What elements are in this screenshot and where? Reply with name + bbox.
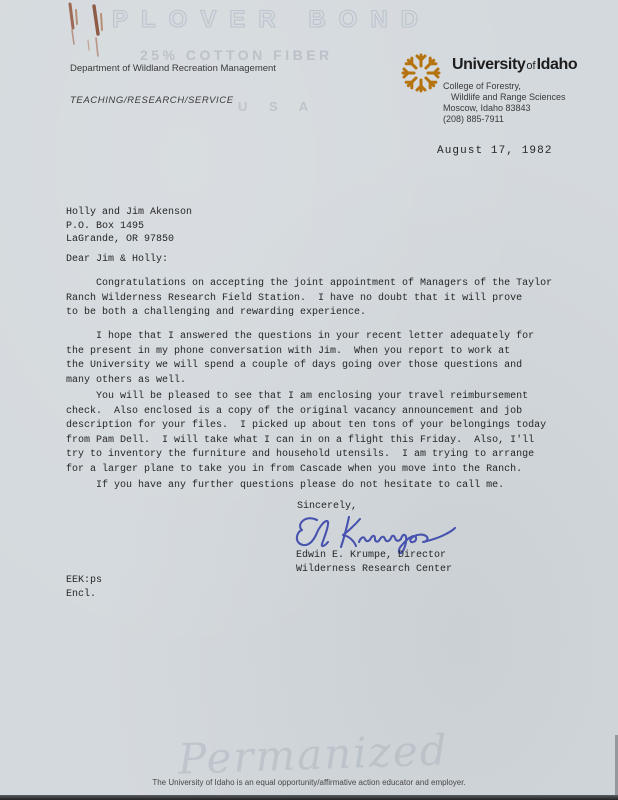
salutation: Dear Jim & Holly: [66,254,168,265]
enclosure-notation: Encl. [66,588,102,602]
paragraph-3: You will be pleased to see that I am enc… [66,390,546,478]
university-word-idaho: Idaho [537,56,578,73]
college-line3: Moscow, Idaho 83843 [443,103,566,114]
typist-initials: EEK:ps [66,574,102,588]
signer-name-title: Edwin E. Krumpe, Director [296,549,452,563]
footer-eeo-statement: The University of Idaho is an equal oppo… [0,778,618,787]
university-logo-icon [396,49,446,97]
phone-number: (208) 885-7911 [443,114,504,124]
letter-page: PLOVER BOND 25% COTTON FIBER U S A Perma… [0,0,618,800]
college-line2: Wildlife and Range Sciences [443,92,566,103]
staple-rust-marks [60,0,120,70]
watermark-plover-bond: PLOVER BOND [112,6,431,34]
recipient-address: Holly and Jim Akenson P.O. Box 1495 LaGr… [66,206,192,247]
watermark-cotton-fiber: 25% COTTON FIBER [140,47,333,63]
college-line1: College of Forestry, [443,81,566,92]
watermark-permanized: Permanized [177,725,449,783]
signer-organization: Wilderness Research Center [296,563,452,577]
college-address-block: College of Forestry, Wildlife and Range … [443,81,566,114]
department-name: Department of Wildland Recreation Manage… [70,63,276,74]
paragraph-4: If you have any further questions please… [66,479,504,494]
university-word: University [452,56,525,73]
watermark-usa: U S A [238,99,317,114]
university-word-of: of [526,60,535,72]
scan-edge-bottom [0,795,618,800]
university-name: UniversityofIdaho [452,56,577,74]
department-motto: TEACHING/RESEARCH/SERVICE [70,95,234,106]
paragraph-2: I hope that I answered the questions in … [66,330,534,388]
signer-block: Edwin E. Krumpe, Director Wilderness Res… [296,549,452,576]
letter-date: August 17, 1982 [437,145,553,157]
paragraph-1: Congratulations on accepting the joint a… [66,277,552,321]
reference-block: EEK:ps Encl. [66,574,102,601]
